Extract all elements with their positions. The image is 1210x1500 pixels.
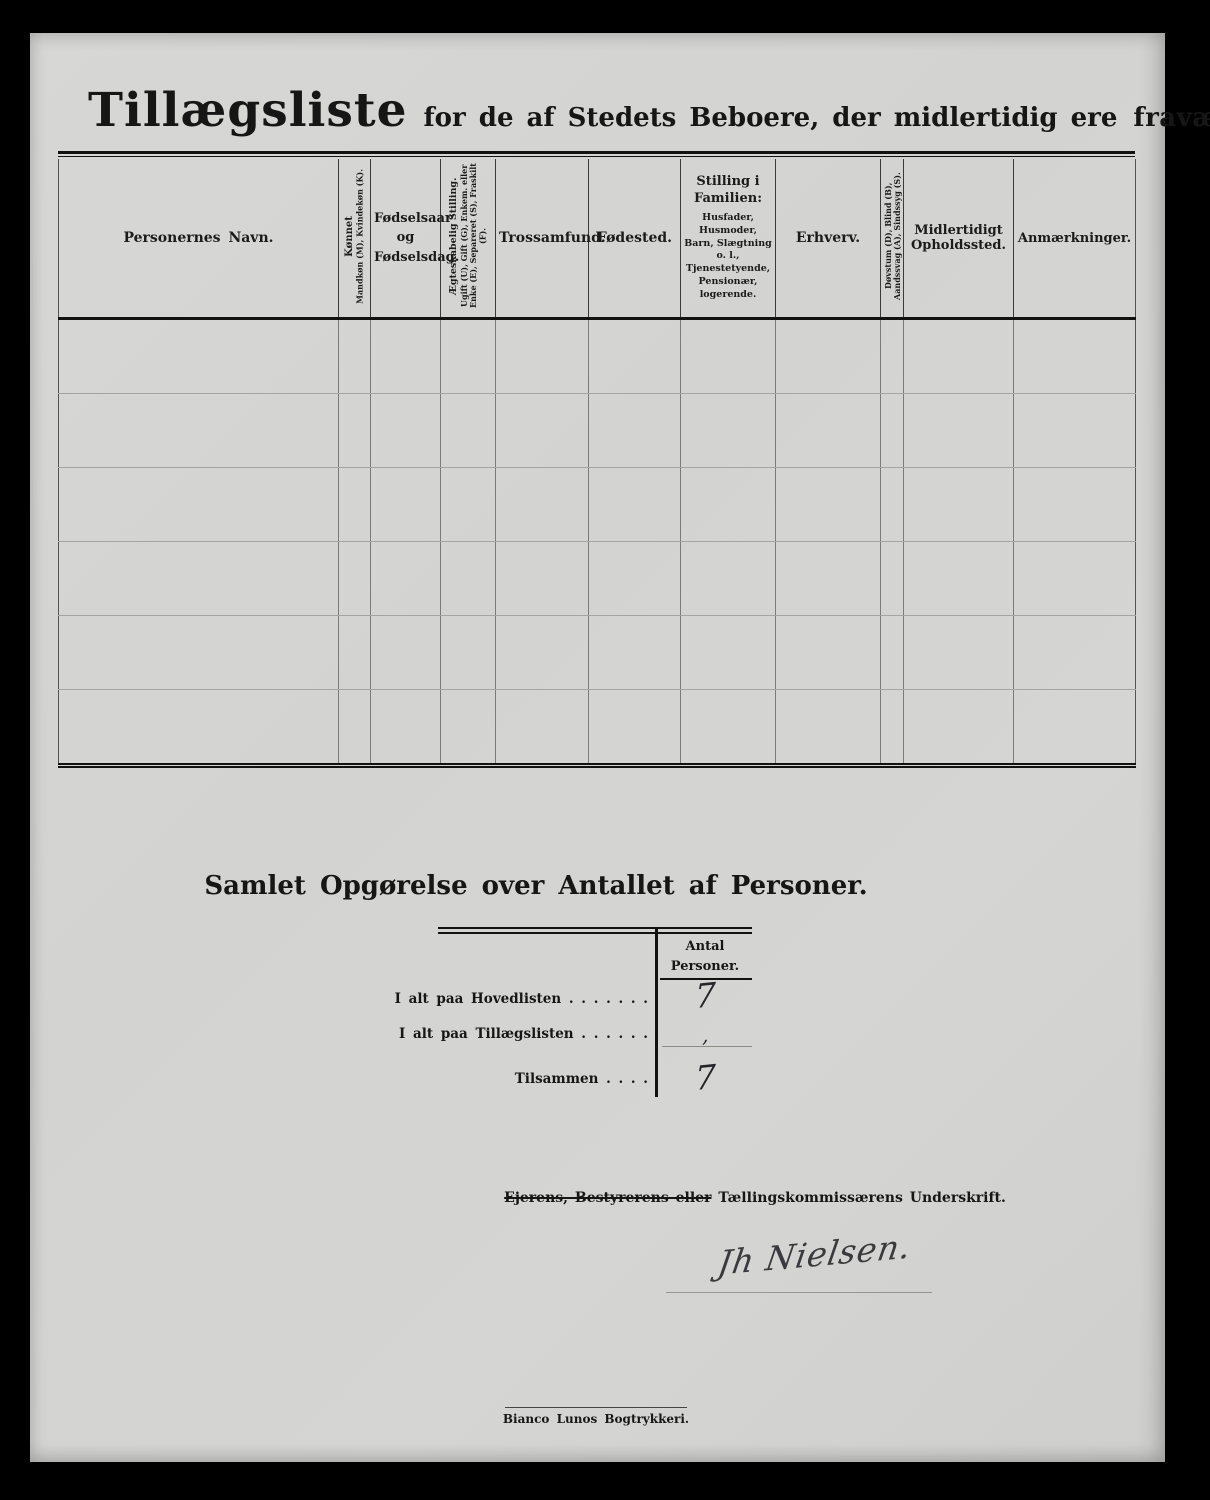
summary-col-header: Antal Personer. (658, 937, 752, 976)
stilling-sub: Husfader, Husmoder, Barn, Slægtning o. l… (684, 212, 772, 302)
col-header-stilling-i-familien: Stilling i Familien: Husfader, Husmoder,… (681, 159, 776, 319)
empty-cell (881, 394, 904, 468)
form-title-emphasis: fraværende. (1133, 103, 1210, 133)
empty-cell (59, 468, 339, 542)
empty-cell (1014, 542, 1136, 616)
empty-cell (441, 319, 496, 394)
aegteskabelig-vertical-text: Ægteskabelig Stilling. Ugift (U), Gift (… (449, 161, 487, 311)
tillaegslisten-value-handwritten: ‚ (702, 1023, 708, 1048)
empty-cell (371, 542, 441, 616)
doevstum-vertical-text: Døvstum (D), Blind (B), Aandssvag (A), S… (884, 161, 902, 311)
empty-cell (881, 690, 904, 766)
koennet-vertical-text: Kønnet Mandkøn (M), Kvindekøn (K). (344, 169, 365, 304)
empty-cell (776, 468, 881, 542)
empty-cell (339, 690, 371, 766)
summary-row-label: Tilsammen . . . . (386, 1071, 648, 1087)
hovedlisten-value-handwritten: 7 (695, 975, 716, 1016)
table-row (59, 542, 1136, 616)
empty-cell (1014, 468, 1136, 542)
empty-cell (59, 319, 339, 394)
empty-cell (339, 394, 371, 468)
empty-cell (904, 394, 1014, 468)
summary-row-value: ‚ (658, 1023, 752, 1047)
aegteskabelig-sub: Ugift (U), Gift (G), Enkem. eller Enke (… (460, 161, 488, 311)
empty-cell (371, 394, 441, 468)
empty-cell (1014, 394, 1136, 468)
printer-imprint: Bianco Lunos Bogtrykkeri. (446, 1412, 746, 1426)
col-header-foedested: Fødested. (589, 159, 681, 319)
form-title-rest: for de af Stedets Beboere, der midlertid… (423, 103, 1117, 133)
empty-cell (441, 690, 496, 766)
hovedlisten-label: I alt paa Hovedlisten (395, 991, 562, 1007)
empty-cell (496, 542, 589, 616)
empty-cell (681, 468, 776, 542)
summary-row-label: I alt paa Tillægslisten . . . . . . (386, 1026, 648, 1042)
col-header-trossamfund: Trossamfund. (496, 159, 589, 319)
empty-cell (496, 468, 589, 542)
empty-cell (441, 542, 496, 616)
empty-cell (681, 616, 776, 690)
empty-cell (881, 319, 904, 394)
tilsammen-leaders: . . . . (606, 1071, 648, 1087)
signature-caption-struck: Ejerens, Bestyrerens eller (504, 1190, 711, 1206)
empty-cell (904, 690, 1014, 766)
census-header-row: Personernes Navn. Kønnet Mandkøn (M), Kv… (59, 159, 1136, 319)
col-header-midlertidigt-opholdssted: Midlertidigt Opholdssted. (904, 159, 1014, 319)
empty-cell (441, 394, 496, 468)
summary-heading: Samlet Opgørelse over Antallet af Person… (136, 871, 936, 901)
empty-cell (496, 616, 589, 690)
footer-rule (505, 1407, 687, 1408)
empty-cell (496, 690, 589, 766)
empty-cell (441, 616, 496, 690)
summary-rule-top-1 (438, 927, 752, 929)
col-header-doevstum: Døvstum (D), Blind (B), Aandssvag (A), S… (881, 159, 904, 319)
tilsammen-value-handwritten: 7 (695, 1057, 716, 1098)
col-header-aegteskabelig: Ægteskabelig Stilling. Ugift (U), Gift (… (441, 159, 496, 319)
empty-cell (339, 319, 371, 394)
empty-cell (339, 468, 371, 542)
table-row (59, 616, 1136, 690)
empty-cell (589, 468, 681, 542)
col-header-koennet: Kønnet Mandkøn (M), Kvindekøn (K). (339, 159, 371, 319)
hovedlisten-leaders: . . . . . . . (569, 991, 648, 1007)
empty-cell (589, 319, 681, 394)
summary-row-value: 7 (658, 976, 752, 1015)
empty-cell (371, 319, 441, 394)
tilsammen-label: Tilsammen (515, 1071, 599, 1087)
form-title: Tillægsliste for de af Stedets Beboere, … (88, 83, 1148, 138)
title-rule-thick (58, 151, 1135, 154)
census-table-body (59, 319, 1136, 766)
empty-cell (681, 542, 776, 616)
scanned-census-form: { "title": { "main": "Tillægsliste", "re… (0, 0, 1210, 1500)
empty-cell (589, 616, 681, 690)
table-row (59, 468, 1136, 542)
empty-cell (881, 616, 904, 690)
empty-cell (881, 468, 904, 542)
empty-cell (776, 616, 881, 690)
empty-cell (59, 616, 339, 690)
empty-cell (681, 394, 776, 468)
handwritten-signature: Jh Nielsen. (715, 1226, 914, 1283)
empty-cell (441, 468, 496, 542)
title-rule-thin (58, 156, 1135, 157)
table-row (59, 690, 1136, 766)
paper-sheet: Tillægsliste for de af Stedets Beboere, … (30, 33, 1165, 1462)
empty-cell (589, 394, 681, 468)
empty-cell (371, 616, 441, 690)
empty-cell (59, 542, 339, 616)
empty-cell (339, 616, 371, 690)
empty-cell (59, 394, 339, 468)
empty-cell (904, 468, 1014, 542)
empty-cell (59, 690, 339, 766)
empty-cell (1014, 616, 1136, 690)
koennet-sub: Mandkøn (M), Kvindekøn (K). (356, 169, 365, 304)
form-title-main: Tillægsliste (88, 83, 407, 138)
empty-cell (776, 690, 881, 766)
doevstum-sub: Døvstum (D), Blind (B), Aandssvag (A), S… (884, 161, 902, 311)
stilling-title: Stilling i Familien: (684, 174, 772, 208)
empty-cell (904, 542, 1014, 616)
summary-subtotal-line (662, 1046, 752, 1047)
empty-cell (776, 542, 881, 616)
signature-caption: Ejerens, Bestyrerens eller Tællingskommi… (460, 1190, 1050, 1206)
col-header-anmaerkninger: Anmærkninger. (1014, 159, 1136, 319)
empty-cell (904, 319, 1014, 394)
tillaegslisten-label: I alt paa Tillægslisten (399, 1026, 574, 1042)
empty-cell (496, 319, 589, 394)
signature-underline (666, 1292, 932, 1293)
empty-cell (496, 394, 589, 468)
tillaegslisten-leaders: . . . . . . (581, 1026, 648, 1042)
empty-cell (681, 690, 776, 766)
empty-cell (1014, 319, 1136, 394)
summary-row-label: I alt paa Hovedlisten . . . . . . . (386, 991, 648, 1007)
empty-cell (371, 690, 441, 766)
empty-cell (589, 690, 681, 766)
empty-cell (776, 319, 881, 394)
empty-cell (776, 394, 881, 468)
signature-caption-text: Tællingskommissærens Underskrift. (718, 1190, 1006, 1206)
empty-cell (371, 468, 441, 542)
census-table: Personernes Navn. Kønnet Mandkøn (M), Kv… (58, 159, 1136, 768)
empty-cell (1014, 690, 1136, 766)
col-header-foedselsaar: Fødselsaar og Fødselsdag. (371, 159, 441, 319)
empty-cell (681, 319, 776, 394)
empty-cell (339, 542, 371, 616)
empty-cell (589, 542, 681, 616)
table-row (59, 394, 1136, 468)
col-header-personernes-navn: Personernes Navn. (59, 159, 339, 319)
summary-row-value: 7 (658, 1058, 752, 1097)
empty-cell (904, 616, 1014, 690)
empty-cell (881, 542, 904, 616)
table-row (59, 319, 1136, 394)
summary-rule-top-2 (438, 932, 752, 934)
col-header-erhverv: Erhverv. (776, 159, 881, 319)
